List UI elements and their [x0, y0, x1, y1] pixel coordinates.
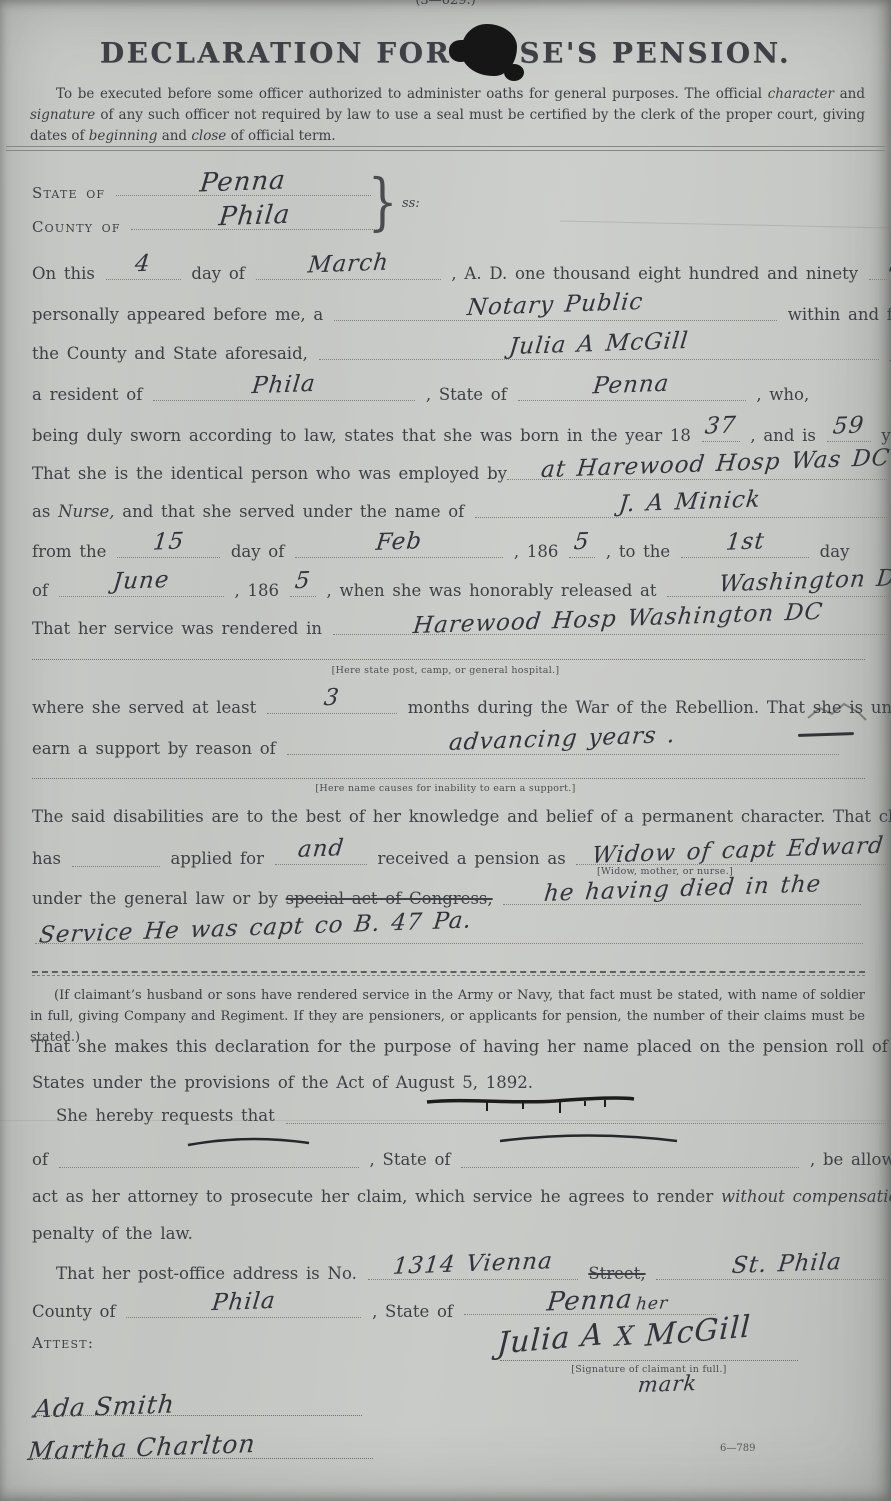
blank-line [59, 1150, 359, 1168]
notice-text: To be executed before some officer autho… [56, 86, 762, 102]
printed-text: She hereby requests that [56, 1106, 275, 1125]
ink-strike-arc [498, 1128, 680, 1148]
line-disabilities: The said disabilities are to the best of… [32, 807, 865, 826]
mark-annotation: mark [638, 1372, 697, 1396]
blank-line: 5 [290, 579, 316, 597]
title-text-left: DECLARATION FOR [100, 37, 452, 70]
printed-text: That her service was rendered in [32, 619, 322, 638]
line-claimant-name: the County and State aforesaid, Julia A … [32, 342, 865, 363]
blank-line: Phila [153, 383, 415, 401]
blank-line: Phila [131, 212, 379, 230]
handwritten-release-place: Washington DC [718, 565, 891, 598]
blank-line: Six, [869, 262, 891, 280]
blank-line: Feb [295, 540, 503, 558]
title-text-right: SE'S PENSION. [519, 37, 791, 70]
printed-text: That her post-office address is No. [56, 1264, 357, 1283]
county-label: County of [32, 218, 121, 236]
blank-line: he having died in the [503, 887, 861, 905]
line-employed-by: That she is the identical person who was… [32, 462, 865, 483]
line-county-of: County of Phila [32, 212, 865, 236]
witness-line [28, 1458, 373, 1459]
dotted-rule [32, 659, 865, 660]
printed-italic-nurse: Nurse, [58, 502, 114, 521]
notice-text: of official term. [231, 128, 336, 144]
handwritten-city: Phila [251, 371, 317, 399]
notice-italic: close [191, 128, 226, 144]
line-act-1892: States under the provisions of the Act o… [32, 1073, 865, 1092]
handwritten-x-mark: X [614, 1321, 635, 1353]
printed-text: , State of [426, 385, 507, 404]
blank-line: 1st [681, 540, 809, 558]
blank-line: 15 [117, 540, 220, 558]
ink-smear [425, 1092, 637, 1114]
blank-line: 37 [702, 424, 740, 442]
witness-signature-1: Ada Smith [34, 1392, 175, 1421]
blank-line: 3 [267, 696, 397, 714]
printed-text: and that she served under the name of [122, 502, 464, 521]
printed-text: That she is the identical person who was… [32, 464, 507, 483]
blank-line: 1314 Vienna [368, 1262, 578, 1280]
handwritten-witness2: Martha Charlton [27, 1429, 258, 1466]
blank-line: at Harewood Hosp Was DC [507, 462, 891, 480]
printed-text: day [820, 542, 850, 561]
line-declaration-purpose: That she makes this declaration for the … [32, 1037, 865, 1056]
printed-text: County of [32, 1302, 116, 1321]
line-state-of: State of Penna [32, 178, 865, 202]
printed-text: received a pension as [377, 849, 565, 868]
line-support-reason: earn a support by reason of advancing ye… [32, 737, 865, 758]
line-pension-received: has applied for and received a pension a… [32, 847, 865, 868]
notice-text: and [162, 128, 187, 144]
handwritten-regiment: Service He was capt co B. 47 Pa. [38, 907, 473, 948]
divider-rule [6, 146, 885, 151]
blank-line: Widow of capt Edward Minich [576, 847, 891, 865]
struck-text-street: Street, [588, 1264, 645, 1283]
handwritten-hospital: Harewood Hosp Washington DC [411, 599, 824, 639]
handwritten-day: 4 [134, 251, 152, 278]
line-birth-age: being duly sworn according to law, state… [32, 424, 865, 445]
handwritten-her: her [635, 1293, 669, 1314]
blank-line: advancing years . [287, 737, 839, 755]
pension-declaration-form: (3—629.) DECLARATION FORSE'S PENSION. To… [0, 0, 891, 1501]
handwritten-street-city: St. Phila [731, 1249, 844, 1279]
handwritten-age: 59 [832, 412, 866, 439]
officer-notice: To be executed before some officer autho… [30, 84, 865, 147]
handwritten-state: Penna [592, 371, 671, 400]
dotted-rule [32, 778, 865, 779]
printed-text: where she served at least [32, 698, 256, 717]
printed-text: within and for [788, 305, 891, 324]
printed-text: personally appeared before me, a [32, 305, 323, 324]
handwritten-county: Phila [211, 1288, 277, 1316]
printed-text: the County and State aforesaid, [32, 344, 308, 363]
notice-italic: signature [30, 107, 95, 123]
line-service-capt: Service He was capt co B. 47 Pa. [32, 926, 865, 947]
ink-blot [461, 24, 517, 76]
line-service-from: from the 15 day of Feb , 186 5 , to the … [32, 540, 865, 561]
handwritten-employer: at Harewood Hosp Was DC [540, 445, 891, 483]
blank-line: Service He was capt co B. 47 Pa. [35, 926, 863, 944]
printed-text: act as her attorney to prosecute her cla… [32, 1187, 713, 1206]
handwritten-claimant: Julia A McGill [508, 328, 690, 360]
witness-line [32, 1415, 362, 1416]
handwritten-and: and [296, 835, 345, 863]
printed-text: , to the [606, 542, 670, 561]
line-service-rendered: That her service was rendered in Harewoo… [32, 617, 865, 638]
handwritten-from-year: 5 [573, 529, 591, 556]
blank-line: 5 [569, 540, 595, 558]
blank-line: Phila [126, 1300, 361, 1318]
blank-line: Penna [464, 1297, 716, 1315]
her-annotation: her [636, 1294, 668, 1314]
handwritten-reason: advancing years . [448, 722, 677, 756]
handwritten-months: 3 [323, 685, 341, 712]
printed-text: On this [32, 264, 95, 283]
printed-text: being duly sworn according to law, state… [32, 426, 691, 445]
bracket-note-causes: [Here name causes for inability to earn … [0, 783, 891, 794]
state-label: State of [32, 184, 105, 202]
handwritten-to-year: 5 [294, 568, 312, 595]
printed-text: , 186 [235, 581, 279, 600]
line-service-to: of June , 186 5 , when she was honorably… [32, 579, 865, 600]
blank-line: 4 [106, 262, 181, 280]
printed-text: of [32, 1150, 48, 1169]
ink-strike-arc [186, 1132, 312, 1150]
printed-text: , be allowed to [810, 1150, 891, 1169]
printed-text: day of [191, 264, 245, 283]
line-general-law: under the general law or by special act … [32, 887, 865, 908]
printed-text: , 186 [514, 542, 558, 561]
notice-text: and [840, 86, 865, 102]
printed-text: , when she was honorably released at [327, 581, 657, 600]
notice-italic: beginning [89, 128, 158, 144]
handwritten-from-day: 15 [152, 528, 186, 555]
printed-text: applied for [170, 849, 264, 868]
line-months-served: where she served at least 3 months durin… [32, 696, 865, 717]
blank-line [461, 1150, 799, 1168]
paper-fold-crease [0, 1120, 891, 1121]
printed-text: earn a support by reason of [32, 739, 276, 758]
print-code: 6—789 [720, 1443, 755, 1454]
signature-line [500, 1360, 798, 1361]
blank-line: Penna [518, 383, 746, 401]
handwritten-state: Penna [199, 165, 288, 198]
blank-line: and [275, 847, 367, 865]
printed-text: has [32, 849, 61, 868]
line-penalty: penalty of the law. [32, 1224, 865, 1243]
bracket-note-hospital: [Here state post, camp, or general hospi… [0, 665, 891, 676]
handwritten-mark: mark [637, 1371, 699, 1397]
printed-text: under the general law or by [32, 889, 278, 908]
handwritten-from-month: Feb [375, 528, 424, 556]
printed-italic-compensation: without compensation, [721, 1187, 891, 1206]
printed-text: years of age. [881, 426, 891, 445]
printed-text: from the [32, 542, 106, 561]
line-attorney-of-state: of , State of , be allowed to [32, 1150, 865, 1169]
jurat-ss: ss: [402, 196, 420, 211]
handwritten-pension-as: Widow of capt Edward Minich [590, 829, 891, 869]
paper-tear-mark [806, 698, 868, 728]
notice-italic: character [768, 86, 834, 102]
blank-line: March [256, 262, 441, 280]
struck-text-congress: special act of Congress, [286, 889, 493, 908]
form-number: (3—629.) [0, 0, 891, 8]
handwritten-birthyear: 37 [704, 412, 738, 439]
printed-text: of [32, 581, 48, 600]
handwritten-state: Penna [545, 1284, 634, 1317]
printed-text: , State of [372, 1302, 453, 1321]
attest-label: Attest: [32, 1334, 94, 1352]
printed-text: day of [231, 542, 285, 561]
line-served-under-name: as Nurse, and that she served under the … [32, 500, 865, 521]
line-appeared-before: personally appeared before me, a Notary … [32, 303, 865, 324]
printed-text: , who, [756, 385, 809, 404]
line-residence: a resident of Phila , State of Penna , w… [32, 383, 865, 404]
handwritten-witness1: Ada Smith [33, 1389, 177, 1423]
blank-line [72, 849, 160, 867]
handwritten-month: March [306, 250, 390, 279]
blank-line: Penna [116, 178, 371, 196]
printed-text: , State of [370, 1150, 451, 1169]
printed-text: , and is [750, 426, 816, 445]
handwritten-to-month: June [112, 567, 171, 595]
blank-line: Notary Public [334, 303, 777, 321]
line-date: On this 4 day of March , A. D. one thous… [32, 262, 865, 283]
page-title: DECLARATION FORSE'S PENSION. [0, 24, 891, 86]
handwritten-service-name: J. A Minick [618, 486, 763, 517]
handwritten-street-no: 1314 Vienna [391, 1248, 554, 1280]
blank-line: Harewood Hosp Washington DC [333, 617, 891, 635]
line-post-office: That her post-office address is No. 1314… [32, 1262, 865, 1283]
dashed-rule [32, 971, 865, 973]
blank-line: Washington DC [667, 579, 891, 597]
handwritten-signature-first: Julia A [496, 1317, 604, 1362]
handwritten-signature-last: McGill [645, 1309, 753, 1354]
blank-line: J. A Minick [475, 500, 891, 518]
printed-text: as [32, 502, 50, 521]
printed-text: a resident of [32, 385, 142, 404]
blank-line: 59 [827, 424, 871, 442]
line-without-compensation: act as her attorney to prosecute her cla… [32, 1187, 865, 1206]
blank-line: St. Phila [656, 1262, 891, 1280]
blank-line: June [59, 579, 224, 597]
blank-line: Julia A McGill [319, 342, 879, 360]
jurat-brace: } [368, 165, 398, 238]
handwritten-county: Phila [218, 200, 292, 233]
handwritten-to-day: 1st [724, 528, 765, 555]
dashed-rule [32, 975, 865, 976]
handwritten-officer: Notary Public [466, 289, 645, 321]
printed-text: , A. D. one thousand eight hundred and n… [451, 264, 858, 283]
